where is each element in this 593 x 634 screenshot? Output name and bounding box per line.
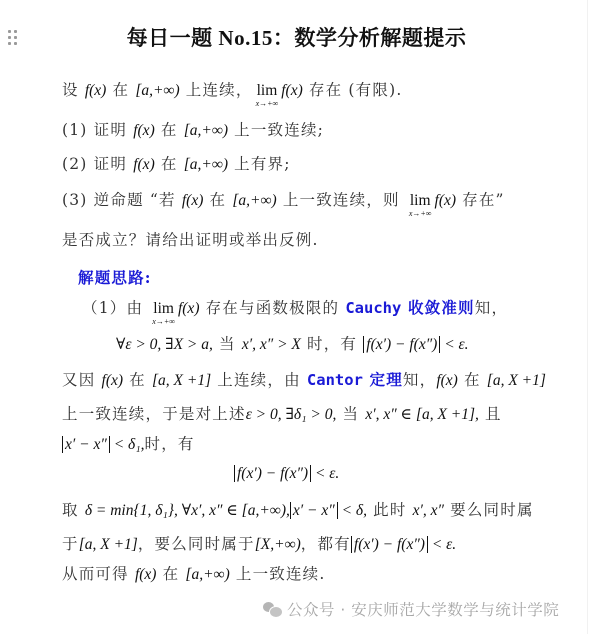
math-f: f(x) <box>135 566 157 583</box>
text: 在 <box>106 81 135 99</box>
text: (3) 逆命题 “若 <box>62 191 182 209</box>
lim-text: lim <box>153 300 174 317</box>
math: < δ, <box>338 502 367 519</box>
math-abs: f(x′) − f(x″) <box>363 336 440 353</box>
math: ∀ε > 0, ∃X > a, <box>116 336 213 353</box>
math-f: f(x) <box>85 82 107 99</box>
text: (1) 证明 <box>62 121 133 139</box>
math-interval: [a,+∞) <box>185 566 229 583</box>
text: 上连续，由 <box>211 371 307 389</box>
text: （1）由 <box>82 299 149 317</box>
text: 时，有 <box>301 335 363 353</box>
math-f: f(x) <box>102 372 124 389</box>
math: < ε. <box>440 336 468 353</box>
math-f: f(x) <box>178 300 200 317</box>
math: < δ₁, <box>110 436 145 453</box>
wechat-icon <box>263 601 281 617</box>
math-f: f(x) <box>133 156 155 173</box>
math: x′, x″ > X <box>242 336 301 353</box>
solution-line-4: 上一致连续，于是对上述ε > 0, ∃δ₁ > 0, 当 x′, x″ ∈ [a… <box>62 402 502 424</box>
math-interval: [a,+∞) <box>184 122 228 139</box>
math-interval: [a,+∞) <box>135 82 179 99</box>
text: 上连续， <box>180 81 253 99</box>
solution-heading: 解题思路: <box>78 266 152 288</box>
math: < ε. <box>428 536 456 553</box>
math-limit: limx→+∞ <box>257 82 278 100</box>
text: 从而可得 <box>62 565 135 583</box>
text: 在 <box>155 155 184 173</box>
math-f: f(x) <box>281 82 303 99</box>
cauchy-term: Cauchy <box>345 299 401 317</box>
cauchy-criterion: 收敛准则 <box>401 298 474 317</box>
solution-line-7: 取 δ = min{1, δ₁}, ∀x′, x″ ∈ [a,+∞),x′ − … <box>62 498 534 520</box>
cantor-theorem: 定理 <box>363 370 403 389</box>
solution-line-3: 又因 f(x) 在 [a, X +1] 上连续，由 Cantor 定理知，f(x… <box>62 368 546 390</box>
math: ε > 0, ∃δ₁ > 0, <box>246 406 337 423</box>
text: 此时 <box>367 501 413 519</box>
text: 当 <box>336 405 365 423</box>
text: 上一致连续，则 <box>277 191 406 209</box>
text: 时，有 <box>145 435 195 453</box>
text: 存在与函数极限的 <box>199 299 345 317</box>
page-title: 每日一题 No.15：数学分析解题提示 <box>0 22 593 52</box>
math-limit: limx→+∞ <box>153 300 174 318</box>
math-interval: [a,+∞) <box>184 156 228 173</box>
math-f: f(x) <box>133 122 155 139</box>
lim-text: lim <box>410 192 431 209</box>
text: 知， <box>403 371 436 389</box>
math-interval: [a, X +1] <box>79 536 138 553</box>
question-1: (1) 证明 f(x) 在 [a,+∞) 上一致连续; <box>62 118 324 140</box>
lim-text: lim <box>257 82 278 99</box>
math-abs: x′ − x″ <box>62 436 110 453</box>
math-abs: f(x′) − f(x″) <box>234 465 311 482</box>
problem-intro: 设 f(x) 在 [a,+∞) 上连续，limx→+∞f(x) 存在 (有限). <box>62 78 402 100</box>
solution-line-8: 于[a, X +1]，要么同时属于[X,+∞)，都有f(x′) − f(x″) … <box>62 532 456 554</box>
question-2: (2) 证明 f(x) 在 [a,+∞) 上有界; <box>62 152 291 174</box>
text: 且 <box>479 405 502 423</box>
lim-subscript: x→+∞ <box>152 317 175 326</box>
text: 在 <box>458 371 487 389</box>
math-interval: [X,+∞) <box>255 536 301 553</box>
solution-line-9: 从而可得 f(x) 在 [a,+∞) 上一致连续. <box>62 562 326 584</box>
text: (2) 证明 <box>62 155 133 173</box>
solution-display-equation: f(x′) − f(x″) < ε. <box>234 464 339 483</box>
math-abs: x′ − x″ <box>290 502 338 519</box>
text: 上一致连续; <box>228 121 324 139</box>
text: 知， <box>475 299 508 317</box>
wechat-watermark: 公众号 · 安庆师范大学数学与统计学院 <box>263 598 559 620</box>
text: 在 <box>123 371 152 389</box>
question-3-line-2: 是否成立？请给出证明或举出反例. <box>62 228 319 250</box>
math-limit: limx→+∞ <box>410 192 431 210</box>
math-abs: f(x′) − f(x″) <box>351 536 428 553</box>
math-interval: [a, X +1] <box>487 372 546 389</box>
math: x′, x″ ∈ [a, X +1], <box>365 406 479 423</box>
math-f: f(x) <box>436 372 458 389</box>
solution-line-1: （1）由 limx→+∞f(x) 存在与函数极限的 Cauchy 收敛准则知， <box>82 296 508 318</box>
text: 要么同时属 <box>444 501 534 519</box>
text: 当 <box>213 335 242 353</box>
text: 上有界; <box>228 155 291 173</box>
text: 设 <box>62 81 85 99</box>
solution-line-2: ∀ε > 0, ∃X > a, 当 x′, x″ > X 时，有 f(x′) −… <box>116 332 469 354</box>
page-edge-line <box>587 0 588 634</box>
lim-subscript: x→+∞ <box>256 99 279 108</box>
math: δ = min{1, δ₁}, ∀x′, x″ ∈ [a,+∞), <box>85 502 290 519</box>
text: ，要么同时属于 <box>138 535 255 553</box>
math-interval: [a, X +1] <box>152 372 211 389</box>
question-3: (3) 逆命题 “若 f(x) 在 [a,+∞) 上一致连续，则 limx→+∞… <box>62 188 505 210</box>
math-f: f(x) <box>435 192 457 209</box>
lim-subscript: x→+∞ <box>409 209 432 218</box>
text: 存在 (有限). <box>303 81 403 99</box>
text: 在 <box>203 191 232 209</box>
text: 于 <box>62 535 79 553</box>
text: 又因 <box>62 371 102 389</box>
text: 取 <box>62 501 85 519</box>
math-f: f(x) <box>182 192 204 209</box>
watermark-text: 公众号 · 安庆师范大学数学与统计学院 <box>287 601 559 619</box>
text: 在 <box>156 565 185 583</box>
cantor-term: Cantor <box>307 371 363 389</box>
math: < ε. <box>311 465 339 482</box>
math: x′, x″ <box>413 502 444 519</box>
text: 上一致连续. <box>230 565 326 583</box>
math-interval: [a,+∞) <box>232 192 276 209</box>
text: 上一致连续，于是对上述 <box>62 405 246 423</box>
text: 存在” <box>456 191 505 209</box>
text: 在 <box>155 121 184 139</box>
text: ，都有 <box>301 535 351 553</box>
solution-line-5: x′ − x″ < δ₁,时，有 <box>62 432 195 454</box>
